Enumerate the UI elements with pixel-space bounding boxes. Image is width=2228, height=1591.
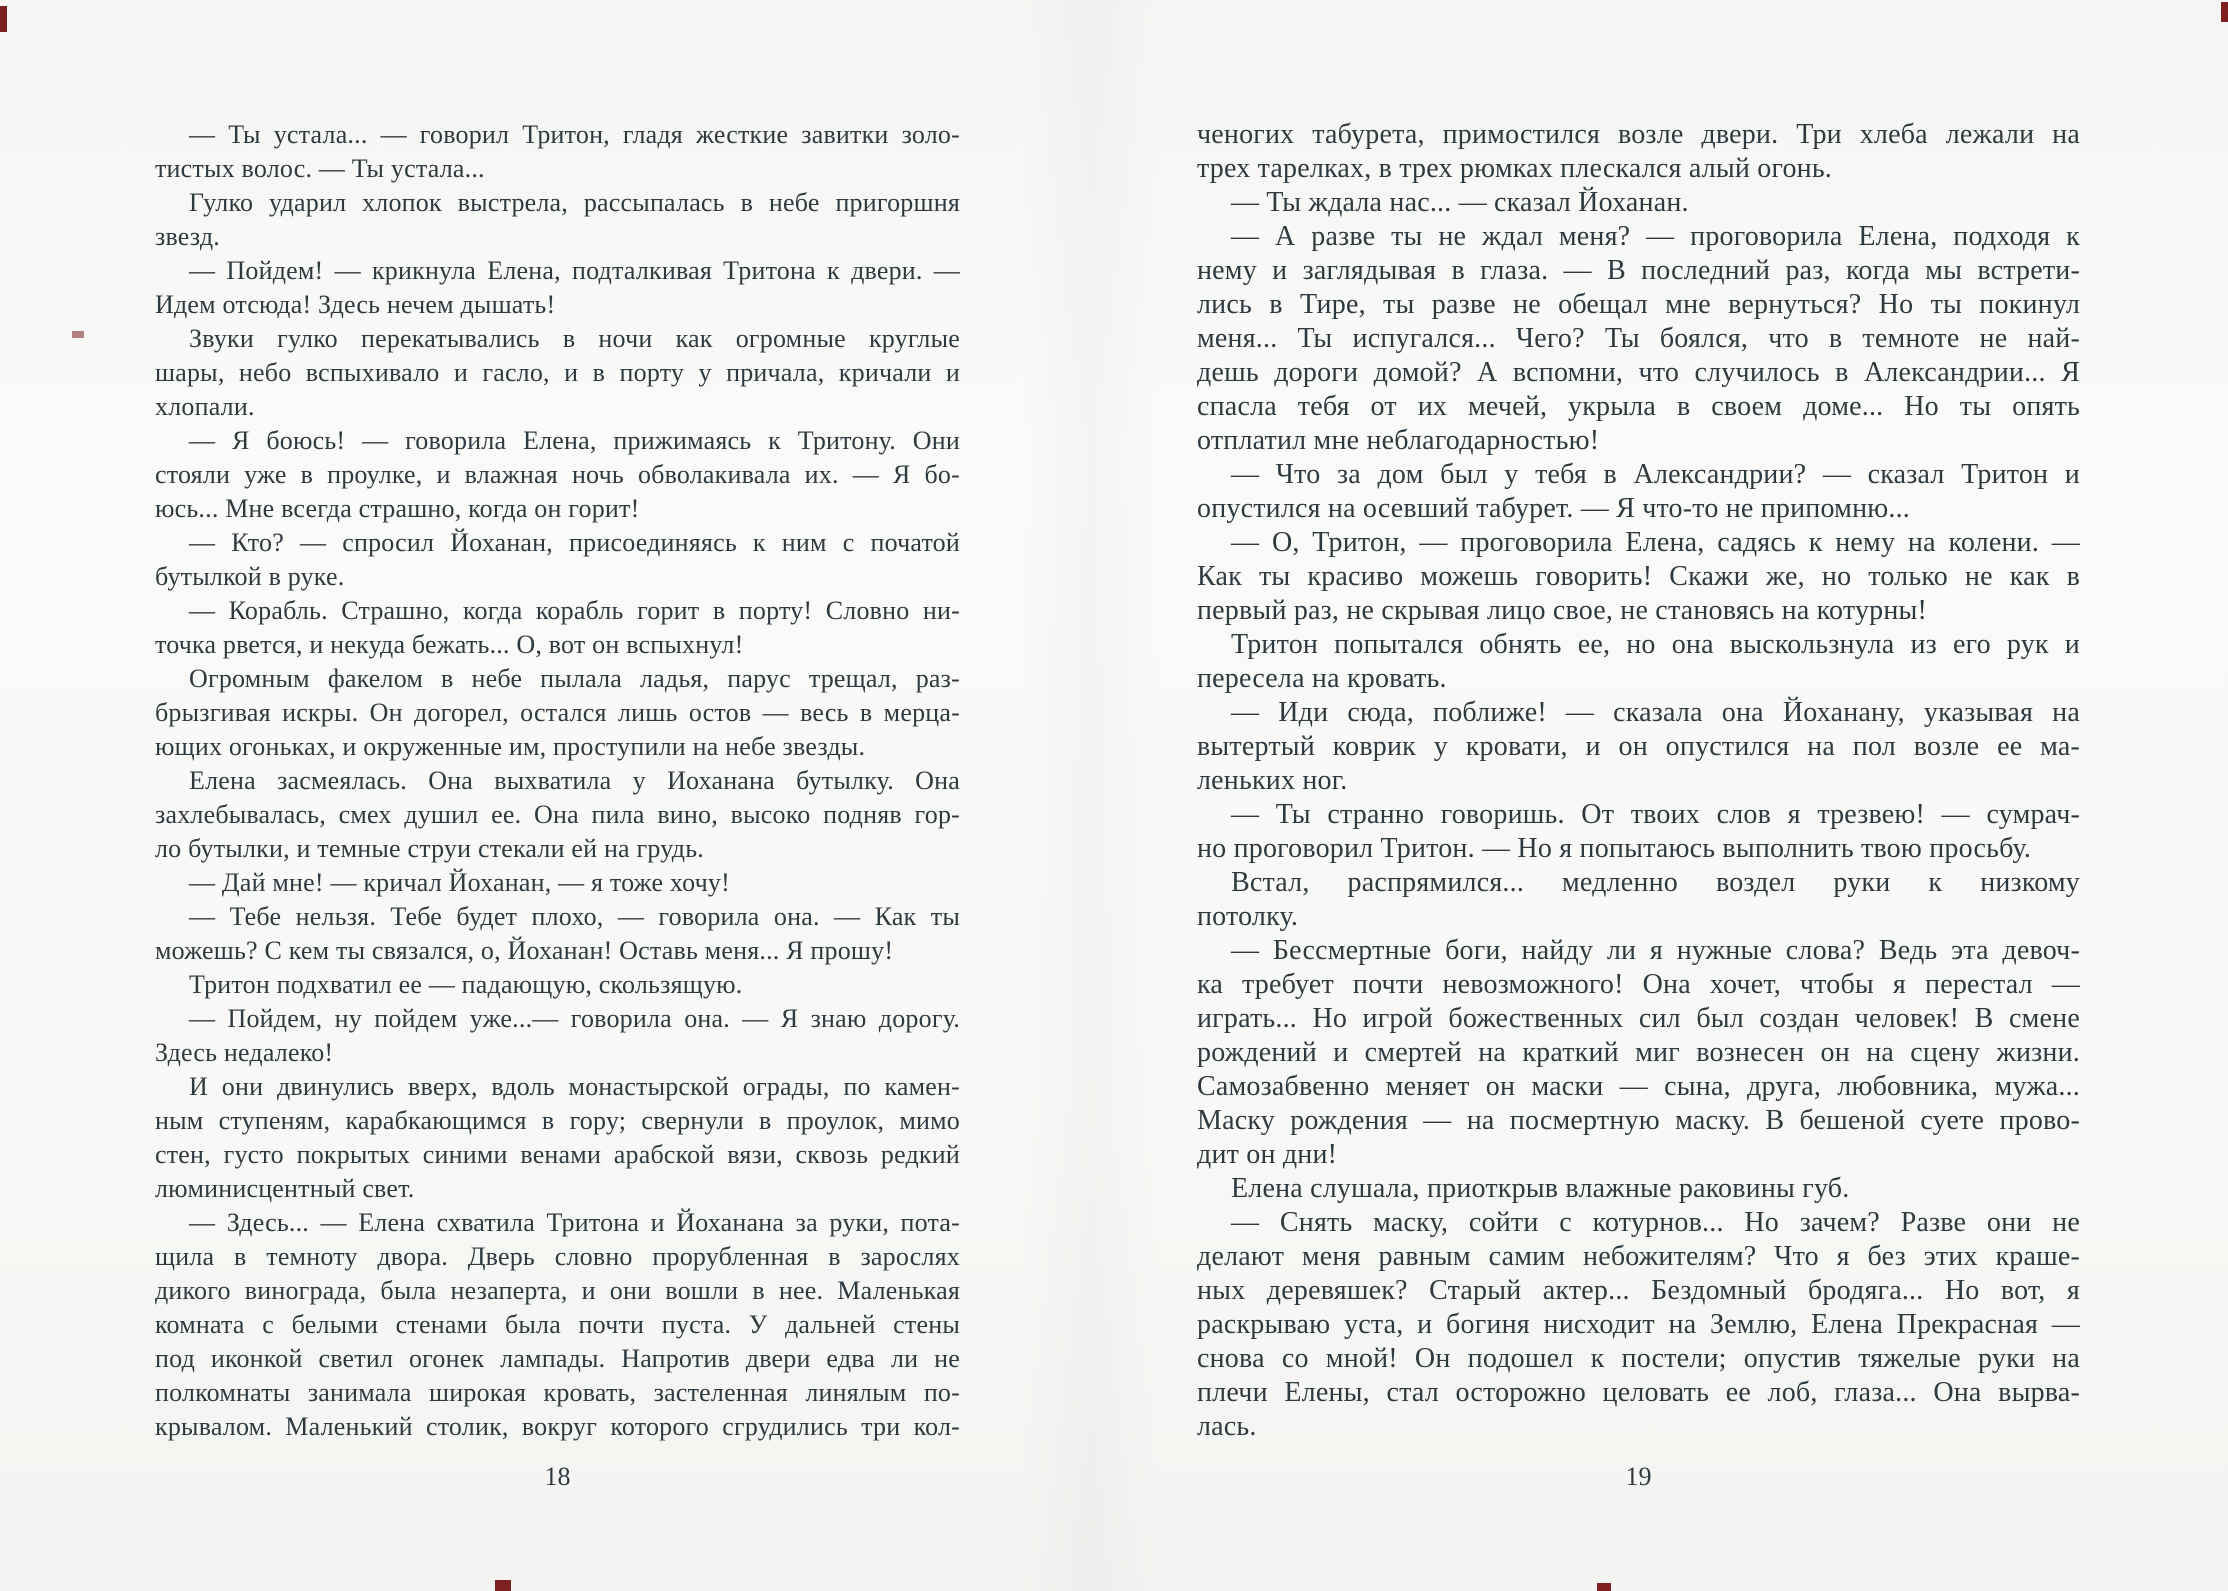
text-line: Звуки гулко перекатывались в ночи как ог…	[155, 322, 960, 356]
text-line: — Кто? — спросил Йоханан, присоединяясь …	[155, 526, 960, 560]
text-line: стен, густо покрытых синими венами арабс…	[155, 1138, 960, 1172]
text-line: звезд.	[155, 220, 960, 254]
text-line: комната с белыми стенами была почти пуст…	[155, 1308, 960, 1342]
book-spread: — Ты устала... — говорил Тритон, гладя ж…	[0, 0, 2228, 1591]
text-line: играть... Но игрой божественных сил был …	[1197, 1002, 2080, 1036]
page-number-18: 18	[155, 1460, 960, 1494]
text-line: нему и заглядывая в глаза. — В последний…	[1197, 254, 2080, 288]
text-line: — Ты странно говоришь. От твоих слов я т…	[1197, 798, 2080, 832]
text-line: делают меня равным самим небожителям? Чт…	[1197, 1240, 2080, 1274]
text-line: — Пойдем! — крикнула Елена, подталкивая …	[155, 254, 960, 288]
text-line: но проговорил Тритон. — Но я попытаюсь в…	[1197, 832, 2080, 866]
text-line: раскрываю уста, и богиня нисходит на Зем…	[1197, 1308, 2080, 1342]
text-line: ло бутылки, и темные струи стекали ей на…	[155, 832, 960, 866]
text-line: тистых волос. — Ты устала...	[155, 152, 960, 186]
text-line: Встал, распрямился... медленно воздел ру…	[1197, 866, 2080, 900]
page-19-text: ченогих табурета, примостился возле двер…	[1197, 118, 2080, 1444]
text-line: опустился на осевший табурет. — Я что-то…	[1197, 492, 2080, 526]
text-line: дешь дороги домой? А вспомни, что случил…	[1197, 356, 2080, 390]
text-line: пересела на кровать.	[1197, 662, 2080, 696]
text-line: — Снять маску, сойти с котурнов... Но за…	[1197, 1206, 2080, 1240]
text-line: — Ты устала... — говорил Тритон, гладя ж…	[155, 118, 960, 152]
text-line: — Пойдем, ну пойдем уже...— говорила она…	[155, 1002, 960, 1036]
text-line: брызгивая искры. Он догорел, остался лиш…	[155, 696, 960, 730]
text-line: ным ступеням, карабкающимся в гору; свер…	[155, 1104, 960, 1138]
text-line: — Дай мне! — кричал Йоханан, — я тоже хо…	[155, 866, 960, 900]
text-line: Идем отсюда! Здесь нечем дышать!	[155, 288, 960, 322]
text-line: точка рвется, и некуда бежать... О, вот …	[155, 628, 960, 662]
text-line: дит он дни!	[1197, 1138, 2080, 1172]
text-line: вытертый коврик у кровати, и он опустилс…	[1197, 730, 2080, 764]
scan-artifact-left-top	[0, 6, 7, 32]
text-line: — Ты ждала нас... — сказал Йоханан.	[1197, 186, 2080, 220]
text-line: щила в темноту двора. Дверь словно прору…	[155, 1240, 960, 1274]
text-line: стояли уже в проулке, и влажная ночь обв…	[155, 458, 960, 492]
scan-artifact-left-edge	[72, 331, 84, 338]
text-line: Здесь недалеко!	[155, 1036, 960, 1070]
text-line: юсь... Мне всегда страшно, когда он гори…	[155, 492, 960, 526]
text-line: бутылкой в руке.	[155, 560, 960, 594]
scan-artifact-right-top	[2221, 2, 2228, 22]
text-line: шары, небо вспыхивало и гасло, и в порту…	[155, 356, 960, 390]
text-line: первый раз, не скрывая лицо свое, не ста…	[1197, 594, 2080, 628]
page-18-text: — Ты устала... — говорил Тритон, гладя ж…	[155, 118, 960, 1444]
page-number-19: 19	[1197, 1460, 2080, 1494]
scan-artifact-bottom-left	[495, 1580, 511, 1591]
text-line: — А разве ты не ждал меня? — проговорила…	[1197, 220, 2080, 254]
text-line: снова со мной! Он подошел к постели; опу…	[1197, 1342, 2080, 1376]
text-line: — Иди сюда, поближе! — сказала она Йохан…	[1197, 696, 2080, 730]
text-line: трех тарелках, в трех рюмках плескался а…	[1197, 152, 2080, 186]
text-line: — Бессмертные боги, найду ли я нужные сл…	[1197, 934, 2080, 968]
text-line: ченогих табурета, примостился возле двер…	[1197, 118, 2080, 152]
text-line: захлебывалась, смех душил ее. Она пила в…	[155, 798, 960, 832]
text-line: Огромным факелом в небе пылала ладья, па…	[155, 662, 960, 696]
text-line: — Я боюсь! — говорила Елена, прижимаясь …	[155, 424, 960, 458]
text-line: под иконкой светил огонек лампады. Напро…	[155, 1342, 960, 1376]
text-line: — О, Тритон, — проговорила Елена, садясь…	[1197, 526, 2080, 560]
text-line: можешь? С кем ты связался, о, Йоханан! О…	[155, 934, 960, 968]
text-line: Гулко ударил хлопок выстрела, рассыпалас…	[155, 186, 960, 220]
text-line: люминисцентный свет.	[155, 1172, 960, 1206]
text-line: отплатил мне неблагодарностью!	[1197, 424, 2080, 458]
text-line: плечи Елены, стал осторожно целовать ее …	[1197, 1376, 2080, 1410]
text-line: Маску рождения — на посмертную маску. В …	[1197, 1104, 2080, 1138]
text-line: полкомнаты занимала широкая кровать, зас…	[155, 1376, 960, 1410]
text-line: дикого винограда, была незаперта, и они …	[155, 1274, 960, 1308]
text-line: Самозабвенно меняет он маски — сына, дру…	[1197, 1070, 2080, 1104]
text-line: Елена слушала, приоткрыв влажные раковин…	[1197, 1172, 2080, 1206]
text-line: хлопали.	[155, 390, 960, 424]
text-line: — Что за дом был у тебя в Александрии? —…	[1197, 458, 2080, 492]
scan-artifact-bottom-right	[1597, 1583, 1611, 1591]
text-line: Тритон подхватил ее — падающую, скользящ…	[155, 968, 960, 1002]
text-line: меня... Ты испугался... Чего? Ты боялся,…	[1197, 322, 2080, 356]
text-line: ющих огоньках, и окруженные им, проступи…	[155, 730, 960, 764]
text-line: рождений и смертей на краткий миг вознес…	[1197, 1036, 2080, 1070]
text-line: спасла тебя от их мечей, укрыла в своем …	[1197, 390, 2080, 424]
text-line: ных деревяшек? Старый актер... Бездомный…	[1197, 1274, 2080, 1308]
text-line: леньких ног.	[1197, 764, 2080, 798]
text-line: лись в Тире, ты разве не обещал мне верн…	[1197, 288, 2080, 322]
text-line: Как ты красиво можешь говорить! Скажи же…	[1197, 560, 2080, 594]
text-line: — Здесь... — Елена схватила Тритона и Йо…	[155, 1206, 960, 1240]
text-line: ка требует почти невозможного! Она хочет…	[1197, 968, 2080, 1002]
text-line: — Корабль. Страшно, когда корабль горит …	[155, 594, 960, 628]
text-line: потолку.	[1197, 900, 2080, 934]
text-line: Елена засмеялась. Она выхватила у Иохана…	[155, 764, 960, 798]
text-line: лась.	[1197, 1410, 2080, 1444]
text-line: — Тебе нельзя. Тебе будет плохо, — говор…	[155, 900, 960, 934]
page-gutter-shade	[1020, 0, 1160, 1591]
text-line: Тритон попытался обнять ее, но она выско…	[1197, 628, 2080, 662]
text-line: И они двинулись вверх, вдоль монастырско…	[155, 1070, 960, 1104]
text-line: крывалом. Маленький столик, вокруг котор…	[155, 1410, 960, 1444]
